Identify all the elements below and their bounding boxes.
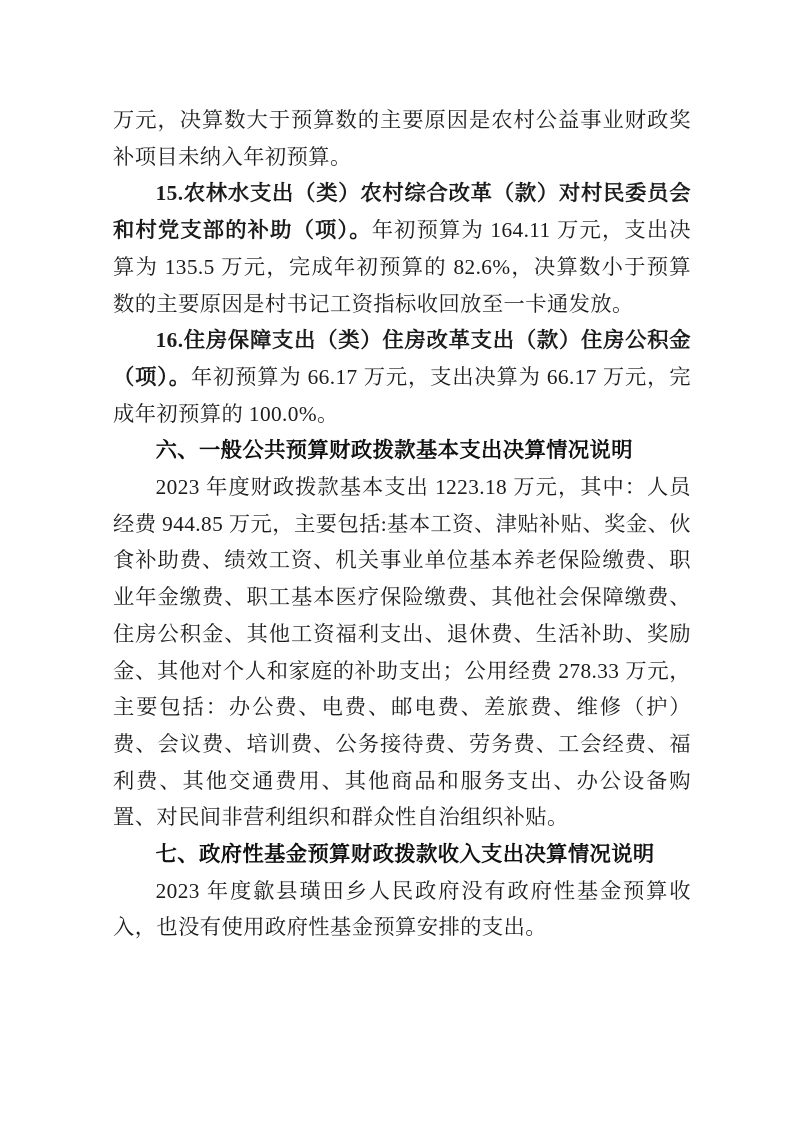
document-page: 万元，决算数大于预算数的主要原因是农村公益事业财政奖补项目未纳入年初预算。 15… — [0, 0, 793, 1122]
section-7-body-text: 2023 年度歙县璜田乡人民政府没有政府性基金预算收入，也没有使用政府性基金预算… — [113, 879, 691, 940]
section-6-body-text: 2023 年度财政拨款基本支出 1223.18 万元，其中：人员经费 944.8… — [113, 475, 691, 829]
item-16-paragraph: 16.住房保障支出（类）住房改革支出（款）住房公积金（项）。年初预算为 66.1… — [113, 322, 691, 432]
item-16-detail: 年初预算为 66.17 万元，支出决算为 66.17 万元，完成年初预算的 10… — [113, 365, 691, 426]
section-7-heading: 七、政府性基金预算财政拨款收入支出决算情况说明 — [113, 836, 691, 873]
document-body: 万元，决算数大于预算数的主要原因是农村公益事业财政奖补项目未纳入年初预算。 15… — [113, 102, 691, 946]
item-15-paragraph: 15.农林水支出（类）农村综合改革（款）对村民委员会和村党支部的补助（项）。年初… — [113, 175, 691, 322]
paragraph-text: 万元，决算数大于预算数的主要原因是农村公益事业财政奖补项目未纳入年初预算。 — [113, 108, 691, 169]
continuation-paragraph: 万元，决算数大于预算数的主要原因是农村公益事业财政奖补项目未纳入年初预算。 — [113, 102, 691, 175]
section-6-heading: 六、一般公共预算财政拨款基本支出决算情况说明 — [113, 432, 691, 469]
section-6-body-paragraph: 2023 年度财政拨款基本支出 1223.18 万元，其中：人员经费 944.8… — [113, 469, 691, 836]
section-7-body-paragraph: 2023 年度歙县璜田乡人民政府没有政府性基金预算收入，也没有使用政府性基金预算… — [113, 873, 691, 946]
